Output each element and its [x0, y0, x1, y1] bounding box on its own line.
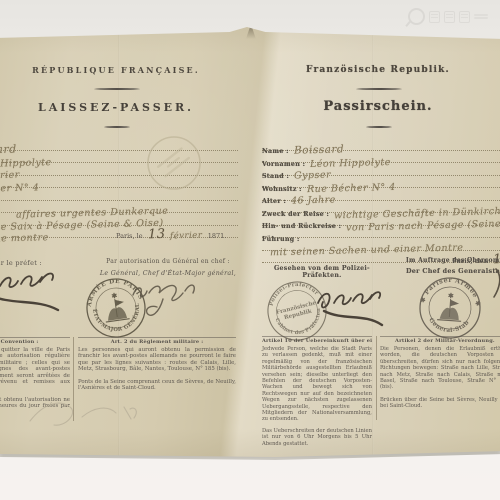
general-signature	[128, 275, 202, 329]
german-page: Französische Republik. Passirschein. Nam…	[248, 27, 500, 459]
form-line: affaires urgentes Dunkerque	[0, 201, 238, 214]
stamp-trophy-emblem: ✶	[102, 290, 130, 322]
watermark-logo	[408, 8, 488, 25]
svg-text:✶: ✶	[448, 292, 455, 300]
general-signature-partial	[492, 267, 500, 301]
legal-paragraph: Brücken über die Seine bei Sèvres, Neuil…	[380, 397, 500, 410]
form-line: Hin- und Rückreise : von Paris nach Pésa…	[262, 213, 500, 226]
legal-paragraph: Die Personen, denen die Erlaubniß erthei…	[380, 346, 500, 391]
legal-paragraph: Das Ueberschreiten der deutschen Linien …	[262, 428, 372, 447]
german-auth-captions: Im Auftrage des Obercommandirenden : Der…	[406, 257, 500, 275]
pencil-annotation	[22, 385, 162, 449]
authorization-caption-1: Par autorisation du Général en chef :	[92, 258, 244, 265]
seen-caption: Gesehen von dem Polizei-Präfekten.	[262, 265, 382, 279]
german-legal-right: Artikel 2 der Militär-Verordnung. Die Pe…	[380, 336, 500, 410]
authorization-caption-1: Im Auftrage des Obercommandirenden :	[406, 257, 500, 264]
ornament-rule	[356, 88, 402, 90]
legal-heading: Artikel 2 der Militär-Verordnung.	[380, 336, 500, 344]
german-legal-left: Artikel 10 der Uebereinkunft über einen …	[262, 336, 372, 447]
german-republic-header: Französische Republik.	[268, 65, 488, 75]
form-line: Wohnsitz : Rue Bécher N° 4	[262, 176, 500, 189]
legal-heading: Art. 2 du Règlement militaire :	[78, 337, 236, 345]
pariser-armee-stamp: ✱ Pariser Armee ✱ General-Stab ✶	[416, 274, 484, 342]
form-line: Name : Boissard	[262, 138, 500, 151]
french-republic-header: RÉPUBLIQUE FRANÇAISE.	[6, 65, 226, 75]
stamp-trophy-emblem: ✶	[437, 291, 463, 321]
form-line: une montre Paris, le 13 février 1871.	[0, 226, 238, 239]
form-line: Stand : Gypser	[262, 163, 500, 176]
legal-divider	[376, 336, 377, 420]
watermark-char-block	[444, 11, 455, 23]
date-month: février	[170, 230, 203, 242]
laissez-passer-document: RÉPUBLIQUE FRANÇAISE. LAISSEZ-PASSER. ss…	[0, 27, 500, 459]
ornament-rule	[94, 88, 140, 90]
french-date-line: Paris, le 13 février 1871.	[116, 223, 226, 242]
french-page: RÉPUBLIQUE FRANÇAISE. LAISSEZ-PASSER. ss…	[0, 27, 247, 459]
watermark-char-block	[429, 11, 440, 23]
hand-entry: une montre	[0, 232, 49, 245]
german-form-lines: Name : Boissard Vornamen : Léon Hippolyt…	[262, 138, 500, 263]
watermark-char-block	[459, 11, 470, 23]
date-prefix: Paris, le	[116, 232, 143, 240]
photo-stage: RÉPUBLIQUE FRANÇAISE. LAISSEZ-PASSER. ss…	[0, 0, 500, 500]
prefect-signature-right	[312, 279, 390, 337]
ornament-rule	[104, 126, 130, 128]
legal-paragraph: Jedwede Person, welche die Stadt Paris z…	[262, 346, 372, 423]
date-year: 1871.	[208, 232, 227, 240]
date-day: 13	[147, 228, 165, 239]
magnifier-icon	[408, 8, 425, 25]
prefect-signature-left	[0, 260, 84, 322]
german-doc-title: Passirschein.	[268, 99, 488, 114]
form-line: Zweck der Reise : wichtige Geschäfte in …	[262, 201, 500, 214]
form-line: Vornamen : Léon Hippolyte	[262, 151, 500, 164]
watermark-subtext	[474, 14, 488, 19]
faint-round-stamp	[145, 134, 203, 192]
legal-heading: Art. 10 de la Convention :	[0, 337, 70, 345]
french-legal-right: Art. 2 du Règlement militaire : Les pers…	[78, 337, 236, 391]
french-doc-title: LAISSEZ-PASSER.	[6, 101, 226, 114]
ornament-rule	[366, 126, 392, 128]
form-line: Alter : 46 Jahre	[262, 188, 500, 201]
legal-paragraph: Les personnes qui auront obtenu la permi…	[78, 347, 236, 373]
legal-heading: Artikel 10 der Uebereinkunft über einen …	[262, 336, 372, 344]
form-line: Führung :	[262, 226, 500, 239]
